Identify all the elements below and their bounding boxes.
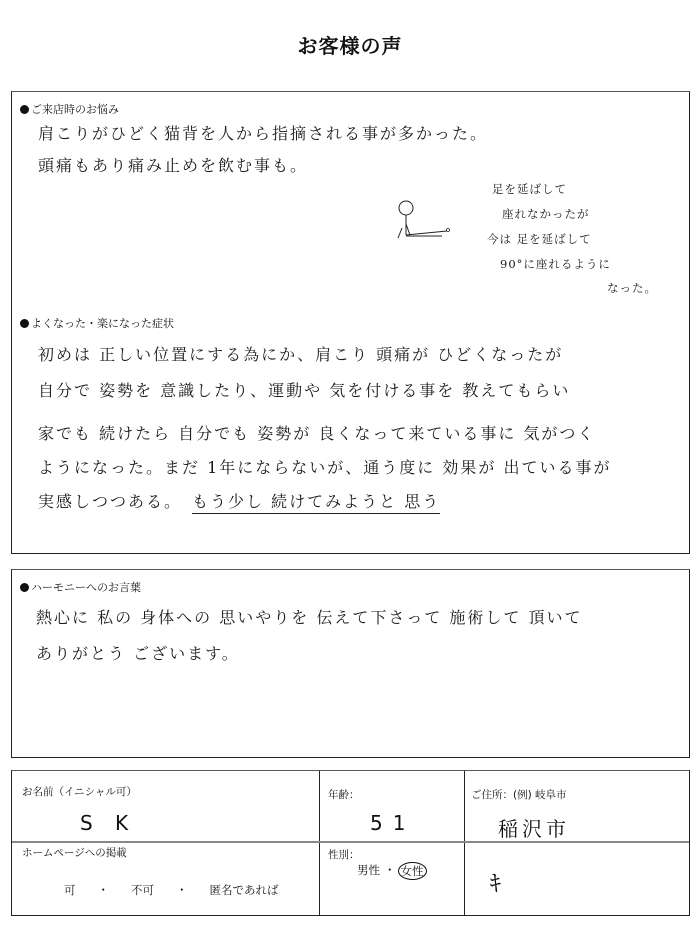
page-title: お客様の声 (0, 30, 700, 59)
improvements-underlined-text: もう少し 続けてみようと 思う (192, 489, 440, 514)
bullet-icon (20, 105, 29, 114)
separator-dot: ・ (176, 882, 188, 898)
improvements-label: よくなった・楽になった症状 (20, 315, 174, 331)
address-label: ご住所：(例) 岐阜市 (471, 787, 567, 802)
separator-dot: ・ (98, 882, 110, 898)
message-label-text: ハーモニーへのお言葉 (31, 579, 141, 595)
message-label: ハーモニーへのお言葉 (20, 579, 141, 595)
publish-option-yes[interactable]: 可 (64, 882, 76, 898)
side-note-line-1: 足を延ばして (492, 181, 567, 197)
improvements-line-5: 実感しつつある。 もう少し 続けてみようと 思う (38, 489, 440, 514)
improvements-line-1: 初めは 正しい位置にする為にか、肩こり 頭痛が ひどくなったが (38, 342, 563, 365)
publish-label: ホームページへの掲載 (22, 845, 127, 860)
gender-options: 男性 ・ 女性 (357, 862, 427, 880)
separator-dot: ・ (384, 862, 396, 880)
improvements-line-2: 自分で 姿勢を 意識したり、運動や 気を付ける事を 教えてもらい (38, 378, 570, 401)
concerns-label-text: ご来店時のお悩み (31, 101, 119, 117)
message-line-2: ありがとう ございます。 (36, 641, 240, 664)
column-divider (319, 771, 320, 915)
message-line-1: 熱心に 私の 身体への 思いやりを 伝えて下さって 施術して 頂いて (36, 605, 583, 628)
row-divider (12, 841, 689, 843)
gender-label: 性別： (328, 847, 360, 862)
side-note-line-3: 今は 足を延ばして (487, 231, 592, 247)
improvements-line-5-text: 実感しつつある。 (38, 489, 182, 514)
gender-option-male[interactable]: 男性 (357, 862, 380, 880)
publish-options: 可 ・ 不可 ・ 匿名であれば (64, 882, 279, 898)
bullet-icon (20, 583, 29, 592)
stick-figure-illustration (392, 198, 452, 248)
side-note-line-2: 座れなかったが (502, 206, 590, 222)
improvements-line-4: ようになった。まだ 1年にならないが、通う度に 効果が 出ている事が (38, 455, 611, 478)
side-note-line-4: 90°に座れるように (500, 256, 611, 272)
publish-option-no[interactable]: 不可 (131, 882, 154, 898)
bullet-icon (20, 319, 29, 328)
address-value: 稲沢市 (498, 813, 570, 842)
customer-info-table: お名前（イニシャル可） S K 年齢： 51 ご住所：(例) 岐阜市 稲沢市 ｷ… (11, 770, 690, 916)
concerns-label: ご来店時のお悩み (20, 101, 119, 117)
publish-option-anonymous[interactable]: 匿名であれば (210, 882, 279, 898)
name-value: S K (80, 811, 136, 835)
age-value: 51 (370, 811, 415, 835)
side-note-line-5: なった。 (607, 280, 657, 296)
concerns-line-2: 頭痛もあり痛み止めを飲む事も。 (38, 153, 308, 176)
column-divider (464, 771, 465, 915)
improvements-line-3: 家でも 続けたら 自分でも 姿勢が 良くなって来ている事に 気がつく (38, 421, 595, 444)
name-label: お名前（イニシャル可） (22, 784, 137, 799)
improvements-label-text: よくなった・楽になった症状 (31, 315, 174, 331)
address-extra-mark: ｷ (490, 867, 509, 898)
gender-option-female-selected[interactable]: 女性 (398, 862, 427, 880)
concerns-line-1: 肩こりがひどく猫背を人から指摘される事が多かった。 (38, 121, 488, 144)
age-label: 年齢： (328, 787, 360, 802)
